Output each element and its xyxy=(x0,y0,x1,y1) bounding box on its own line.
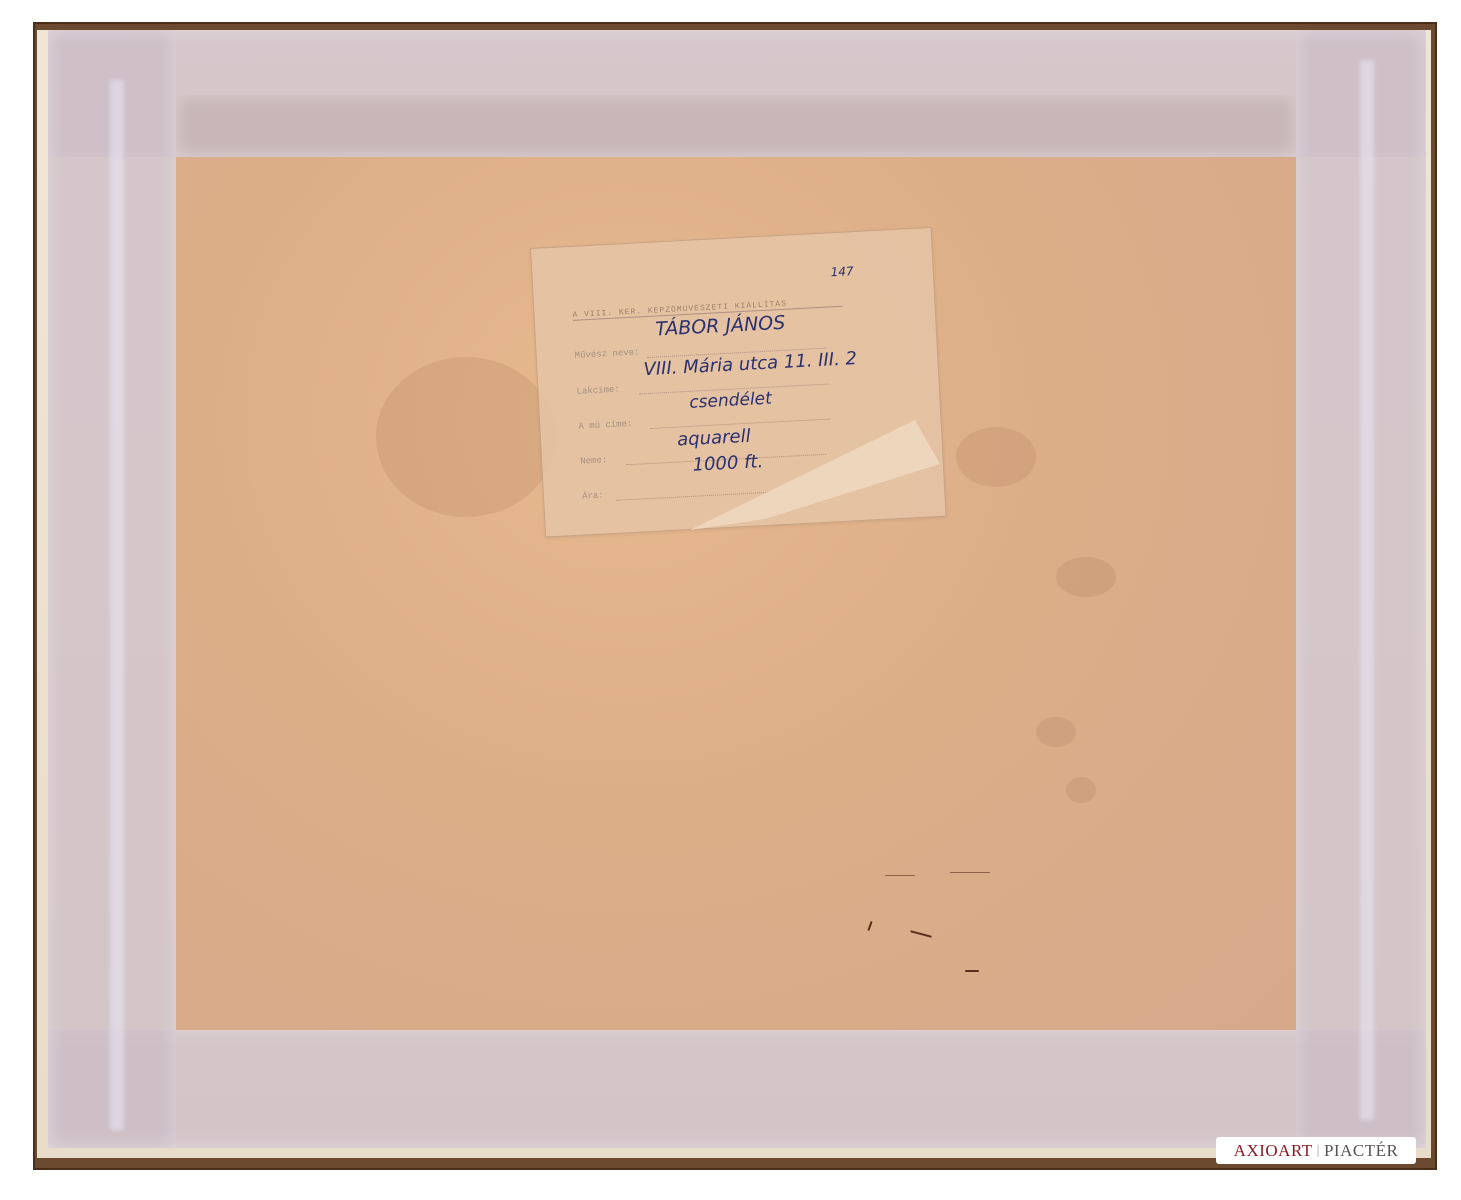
field-label-address: Lakcíme: xyxy=(576,385,620,397)
tape-inner-top xyxy=(176,95,1296,157)
field-value-address: VIII. Mária utca 11. III. 2 xyxy=(643,348,857,380)
exhibition-label: 147 A VIII. KER. KÉPZŐMŰVÉSZETI KIÁLLÍTÁ… xyxy=(530,227,947,538)
field-value-price: 1000 ft. xyxy=(692,451,764,476)
tape-bottom xyxy=(48,1030,1426,1148)
tape-crease xyxy=(1360,60,1374,1120)
watermark-sub: PIACTÉR xyxy=(1324,1141,1398,1161)
field-label-price: Ára: xyxy=(582,490,604,501)
field-value-title: csendélet xyxy=(689,389,772,413)
watermark-separator: | xyxy=(1317,1143,1320,1159)
tape-crease xyxy=(110,80,124,1130)
label-number: 147 xyxy=(830,264,854,279)
watermark-brand: AXIOART xyxy=(1234,1141,1313,1161)
watermark: AXIOART | PIACTÉR xyxy=(1216,1137,1416,1164)
field-label-title: A mű címe: xyxy=(578,419,632,432)
field-label-artist: Művész neve: xyxy=(574,347,639,360)
field-value-medium: aquarell xyxy=(677,426,751,451)
field-value-artist: TÁBOR JÁNOS xyxy=(655,312,786,341)
field-label-medium: Neme: xyxy=(580,455,608,466)
